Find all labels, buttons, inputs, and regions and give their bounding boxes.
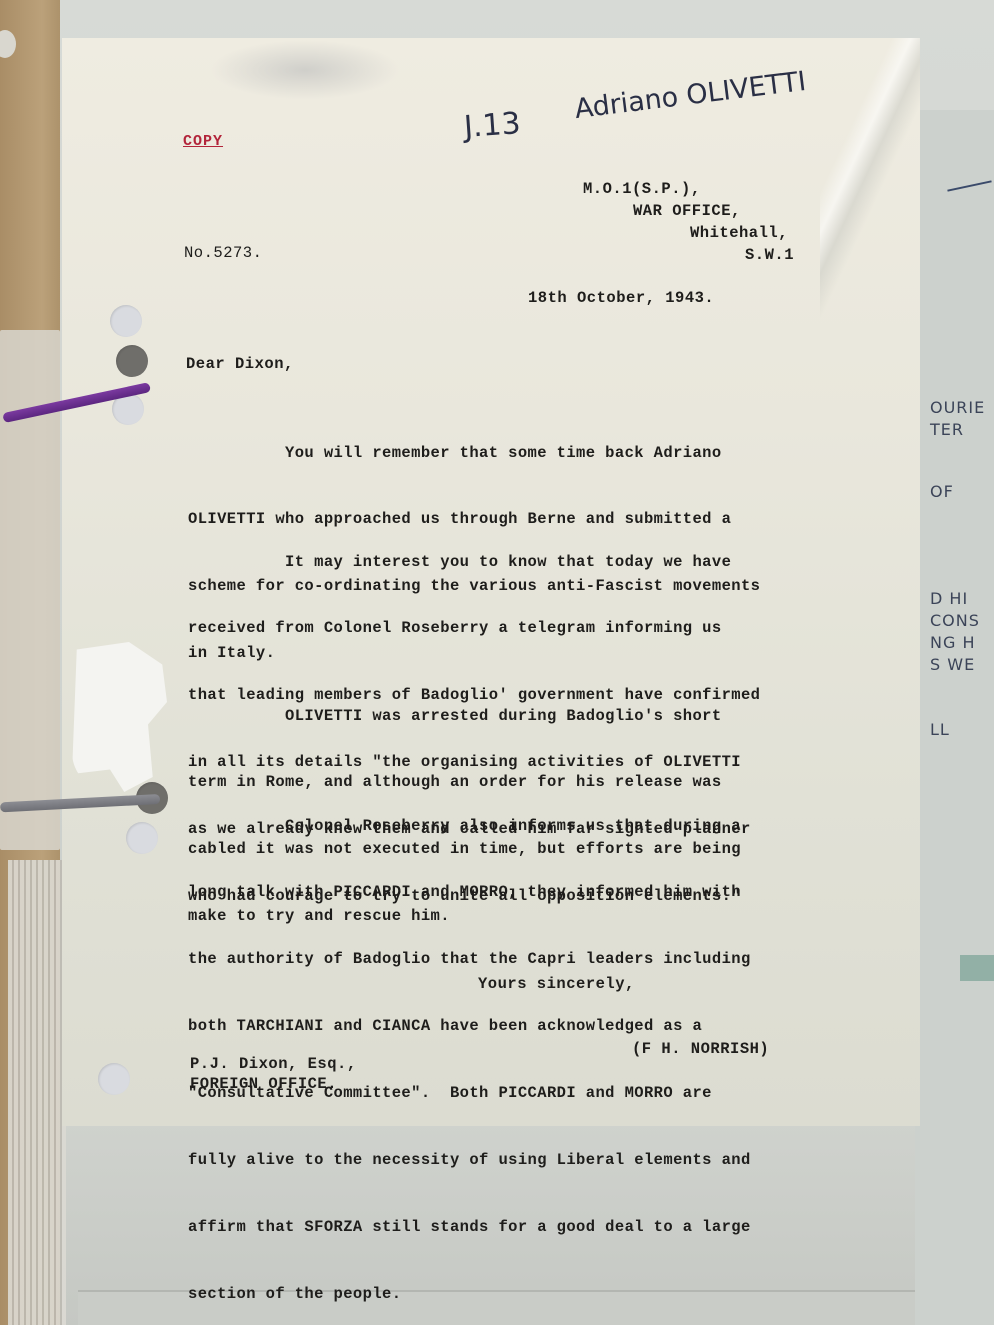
body-line: long talk with PICCARDI and MORRO, they …	[188, 881, 751, 903]
sender-address-line: WAR OFFICE,	[633, 202, 741, 220]
body-line: affirm that SFORZA still stands for a go…	[188, 1216, 751, 1238]
recipient-line: FOREIGN OFFICE.	[190, 1075, 337, 1093]
right-background-sheet	[915, 110, 994, 1325]
folder-punch-hole	[0, 30, 16, 58]
punch-hole	[116, 345, 148, 377]
background-text-line: OF	[930, 482, 954, 501]
sender-address-line: S.W.1	[745, 246, 794, 264]
background-text-line: D HI	[930, 589, 968, 608]
background-text-line: CONS	[930, 611, 980, 630]
letter-date: 18th October, 1943.	[528, 289, 714, 307]
handwritten-file-ref: J.13	[463, 106, 522, 145]
background-text-line: NG H	[930, 633, 975, 652]
recipient-line: P.J. Dixon, Esq.,	[190, 1055, 357, 1073]
sender-address-line: M.O.1(S.P.),	[583, 180, 701, 198]
background-text-line: S WE	[930, 655, 975, 674]
body-line: fully alive to the necessity of using Li…	[188, 1149, 751, 1171]
body-line: OLIVETTI was arrested during Badoglio's …	[188, 705, 741, 727]
body-line: section of the people.	[188, 1283, 751, 1305]
salutation: Dear Dixon,	[186, 355, 294, 373]
body-line: the authority of Badoglio that the Capri…	[188, 948, 751, 970]
signatory: (F H. NORRISH)	[632, 1040, 769, 1058]
folded-corner	[820, 38, 920, 338]
paper-stain	[210, 40, 400, 100]
punch-hole	[126, 822, 158, 854]
body-line: Colonel Roseberry also informs us that d…	[188, 815, 751, 837]
background-text-line: TER	[930, 420, 964, 439]
copy-stamp: COPY	[183, 133, 223, 150]
body-line: It may interest you to know that today w…	[188, 551, 760, 573]
background-text-line: OURIE	[930, 398, 985, 417]
sender-address-line: Whitehall,	[690, 224, 788, 242]
paper-stack-edges	[8, 860, 66, 1325]
reference-number: No.5273.	[184, 244, 262, 262]
body-line: both TARCHIANI and CIANCA have been ackn…	[188, 1015, 751, 1037]
punch-hole	[110, 305, 142, 337]
punch-hole	[98, 1063, 130, 1095]
body-line: received from Colonel Roseberry a telegr…	[188, 617, 760, 639]
body-line: You will remember that some time back Ad…	[188, 442, 760, 464]
background-text-line: LL	[930, 720, 950, 739]
closing: Yours sincerely,	[478, 975, 635, 993]
teal-tab	[960, 955, 994, 981]
